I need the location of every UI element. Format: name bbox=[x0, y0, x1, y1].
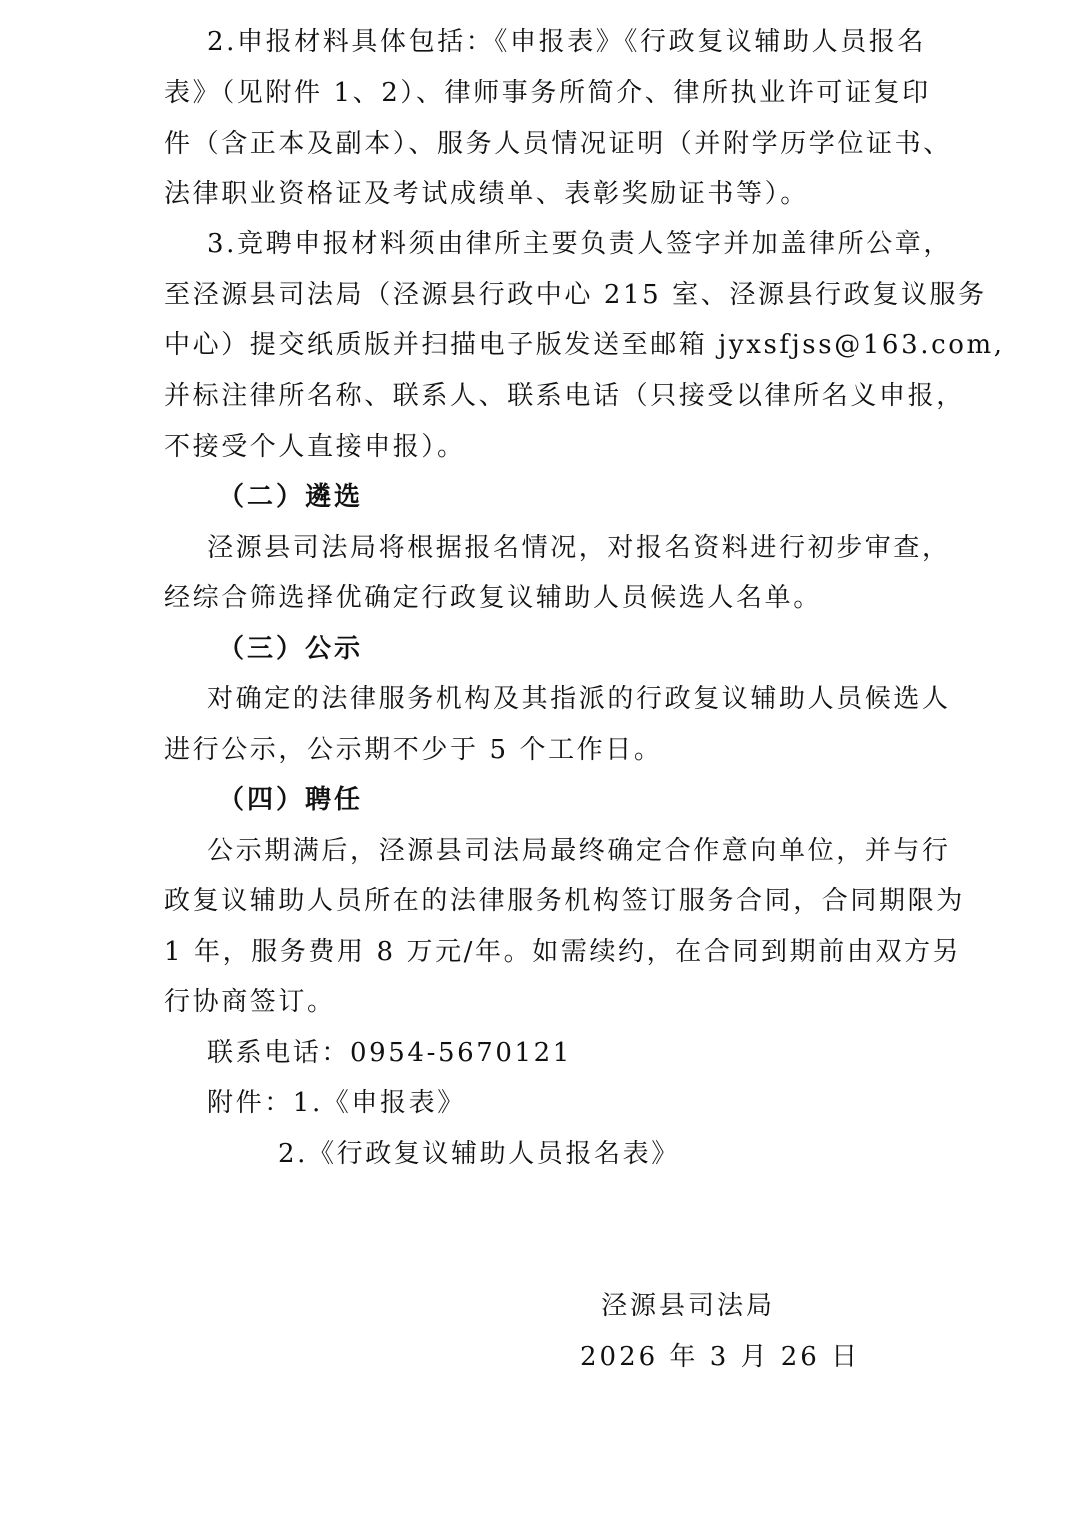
item2-line: 件（含正本及副本）、服务人员情况证明（并附学历学位证书、 bbox=[164, 127, 924, 161]
section2-line: 经综合筛选择优确定行政复议辅助人员候选人名单。 bbox=[164, 581, 924, 615]
item3-line: 中心）提交纸质版并扫描电子版发送至邮箱 jyxsfjss@163.com, bbox=[164, 328, 924, 362]
item3-line: 不接受个人直接申报）。 bbox=[164, 430, 924, 464]
section4-line: 行协商签订。 bbox=[164, 985, 924, 1019]
item2-line: 2.申报材料具体包括：《申报表》《行政复议辅助人员报名 bbox=[207, 25, 967, 59]
section-heading-selection: （二）遴选 bbox=[218, 480, 978, 514]
section4-line: 1 年，服务费用 8 万元/年。如需续约，在合同到期前由双方另 bbox=[164, 935, 924, 969]
item2-line: 法律职业资格证及考试成绩单、表彰奖励证书等）。 bbox=[164, 177, 924, 211]
item3-line: 3.竞聘申报材料须由律所主要负责人签字并加盖律所公章， bbox=[207, 227, 967, 261]
section3-line: 进行公示，公示期不少于 5 个工作日。 bbox=[164, 733, 924, 767]
section3-line: 对确定的法律服务机构及其指派的行政复议辅助人员候选人 bbox=[207, 682, 967, 716]
attachment-1: 附件：1.《申报表》 bbox=[207, 1086, 967, 1120]
signature-org: 泾源县司法局 bbox=[601, 1289, 775, 1323]
section-heading-appointment: （四）聘任 bbox=[218, 783, 978, 817]
section4-line: 政复议辅助人员所在的法律服务机构签订服务合同，合同期限为 bbox=[164, 884, 924, 918]
attachment-2: 2.《行政复议辅助人员报名表》 bbox=[278, 1137, 1038, 1171]
document-page: 2.申报材料具体包括：《申报表》《行政复议辅助人员报名 表》（见附件 1、2）、… bbox=[0, 0, 1074, 1520]
section2-line: 泾源县司法局将根据报名情况，对报名资料进行初步审查， bbox=[207, 531, 967, 565]
item3-line: 并标注律所名称、联系人、联系电话（只接受以律所名义申报， bbox=[164, 379, 924, 413]
item3-line: 至泾源县司法局（泾源县行政中心 215 室、泾源县行政复议服务 bbox=[164, 278, 924, 312]
contact-phone: 联系电话：0954-5670121 bbox=[207, 1036, 967, 1070]
signature-date: 2026 年 3 月 26 日 bbox=[580, 1340, 860, 1374]
section4-line: 公示期满后，泾源县司法局最终确定合作意向单位，并与行 bbox=[207, 834, 967, 868]
item2-line: 表》（见附件 1、2）、律师事务所简介、律所执业许可证复印 bbox=[164, 76, 924, 110]
section-heading-publicity: （三）公示 bbox=[218, 632, 978, 666]
